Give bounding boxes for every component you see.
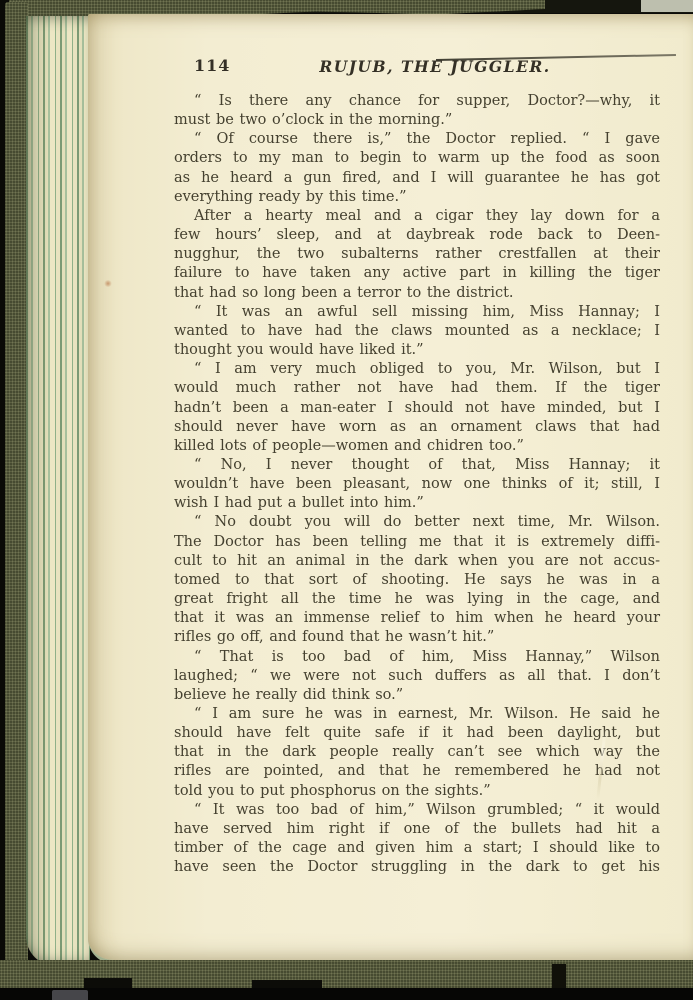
text-line: have seen the Doctor struggling in the d… (174, 858, 660, 877)
text-line: must be two o’clock in the morning.” (174, 111, 660, 130)
book-page: 114 RUJUB, THE JUGGLER. “ Is there any c… (88, 14, 693, 964)
running-title: RUJUB, THE JUGGLER. (192, 57, 678, 76)
text-line: “ No, I never thought of that, Miss Hann… (174, 456, 660, 475)
text-line: should have felt quite safe if it had be… (174, 724, 660, 743)
paragraph: After a hearty meal and a cigar they lay… (174, 207, 660, 303)
text-line: thought you would have liked it.” (174, 341, 660, 360)
text-line: that in the dark people really can’t see… (174, 743, 660, 762)
paragraph: “ It was too bad of him,” Wilson grumble… (174, 801, 660, 878)
text-line: as he heard a gun fired, and I will guar… (174, 169, 660, 188)
text-line: great fright all the time he was lying i… (174, 590, 660, 609)
book-photo: 114 RUJUB, THE JUGGLER. “ Is there any c… (0, 0, 693, 1000)
text-line: that had so long been a terror to the di… (174, 284, 660, 303)
text-line: killed lots of people—women and chidren … (174, 437, 660, 456)
page-header: 114 RUJUB, THE JUGGLER. (174, 56, 660, 82)
text-line: “ I am very much obliged to you, Mr. Wil… (174, 360, 660, 379)
text-line: “ It was too bad of him,” Wilson grumble… (174, 801, 660, 820)
text-line: rifles go off, and found that he wasn’t … (174, 628, 660, 647)
text-line: few hours’ sleep, and at daybreak rode b… (174, 226, 660, 245)
bottom-cover-seam (552, 964, 566, 990)
text-line: tomed to that sort of shooting. He says … (174, 571, 660, 590)
table-edge-fragment (52, 990, 88, 1000)
text-line: rifles are pointed, and that he remember… (174, 762, 660, 781)
page-text: “ Is there any chance for supper, Doctor… (174, 92, 660, 877)
paragraph: “ No doubt you will do better next time,… (174, 513, 660, 647)
text-line: would much rather not have had them. If … (174, 379, 660, 398)
text-line: nugghur, the two subalterns rather crest… (174, 245, 660, 264)
text-line: The Doctor has been telling me that it i… (174, 533, 660, 552)
text-line: orders to my man to begin to warm up the… (174, 149, 660, 168)
text-line: laughed; “ we were not such duffers as a… (174, 667, 660, 686)
book-top-right-edge (641, 0, 693, 12)
text-line: told you to put phosphorus on the sights… (174, 782, 660, 801)
text-line: hadn’t been a man-eater I should not hav… (174, 399, 660, 418)
text-line: “ It was an awful sell missing him, Miss… (174, 303, 660, 322)
text-line: believe he really did think so.” (174, 686, 660, 705)
paragraph: “ Of course there is,” the Doctor replie… (174, 130, 660, 207)
text-line: cult to hit an animal in the dark when y… (174, 552, 660, 571)
text-line: everything ready by this time.” (174, 188, 660, 207)
text-line: After a hearty meal and a cigar they lay… (174, 207, 660, 226)
paper-stain (104, 280, 112, 287)
background-bottom-strip (0, 988, 693, 1000)
text-line: “ No doubt you will do better next time,… (174, 513, 660, 532)
paragraph: “ I am very much obliged to you, Mr. Wil… (174, 360, 660, 456)
paragraph: “ It was an awful sell missing him, Miss… (174, 303, 660, 360)
text-line: wanted to have had the claws mounted as … (174, 322, 660, 341)
paragraph: “ That is too bad of him, Miss Hannay,” … (174, 648, 660, 705)
text-line: timber of the cage and given him a start… (174, 839, 660, 858)
paragraph: “ Is there any chance for supper, Doctor… (174, 92, 660, 130)
text-line: that it was an immense relief to him whe… (174, 609, 660, 628)
text-line: wouldn’t have been pleasant, now one thi… (174, 475, 660, 494)
book-cover-spine (5, 2, 28, 990)
text-line: should never have worn as an ornament cl… (174, 418, 660, 437)
text-line: failure to have taken any active part in… (174, 264, 660, 283)
text-line: “ That is too bad of him, Miss Hannay,” … (174, 648, 660, 667)
text-line: “ I am sure he was in earnest, Mr. Wilso… (174, 705, 660, 724)
text-line: “ Is there any chance for supper, Doctor… (174, 92, 660, 111)
page-edges-stack (26, 16, 90, 966)
text-line: “ Of course there is,” the Doctor replie… (174, 130, 660, 149)
paragraph: “ I am sure he was in earnest, Mr. Wilso… (174, 705, 660, 801)
paragraph: “ No, I never thought of that, Miss Hann… (174, 456, 660, 513)
text-line: have served him right if one of the bull… (174, 820, 660, 839)
text-line: wish I had put a bullet into him.” (174, 494, 660, 513)
